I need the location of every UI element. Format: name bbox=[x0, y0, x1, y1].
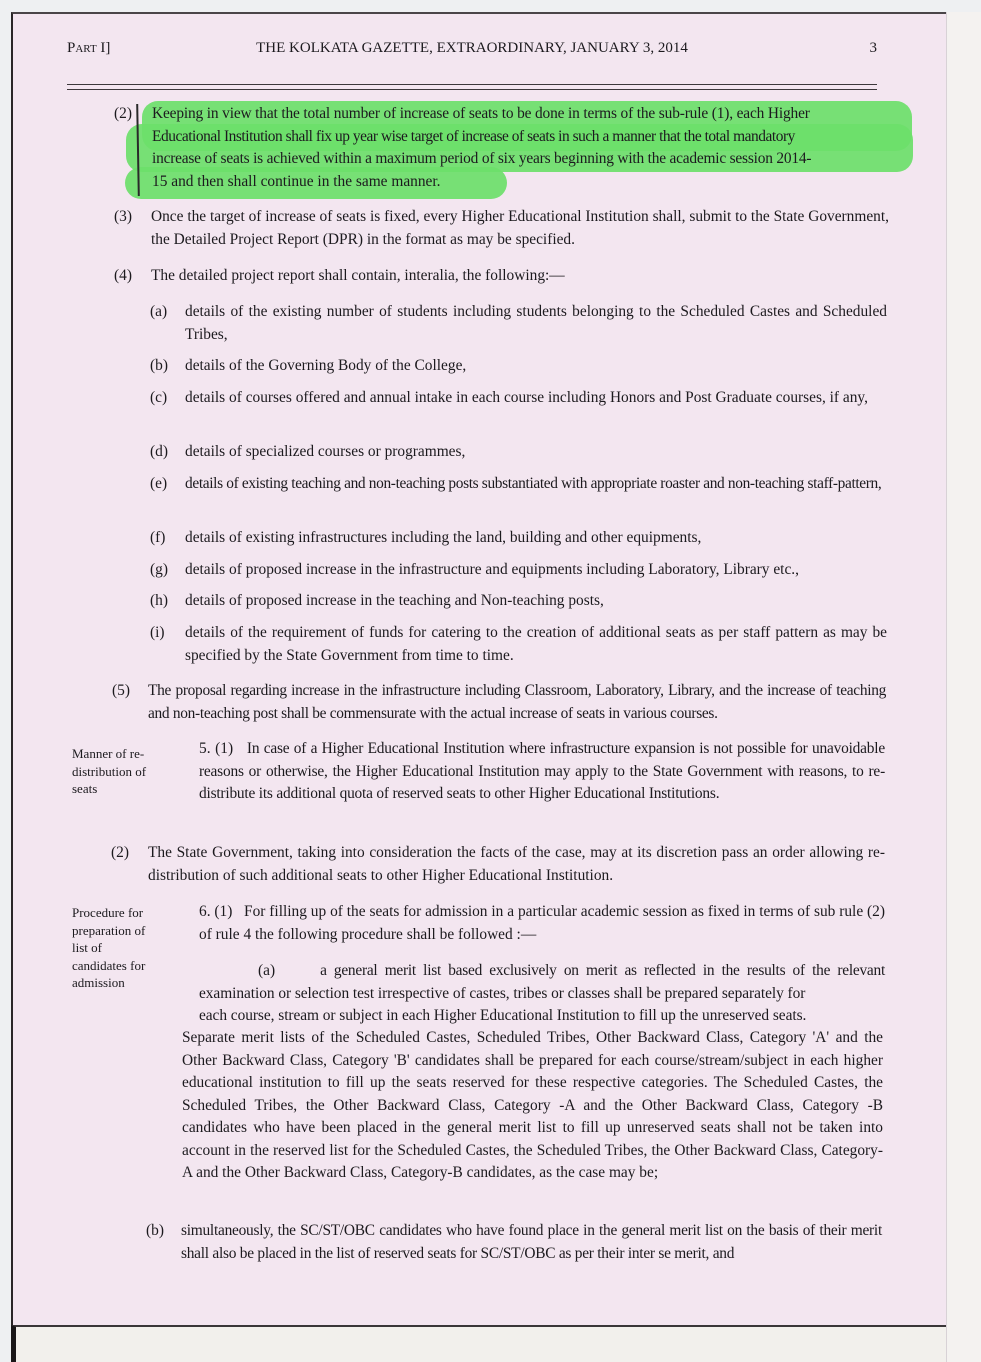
item-text: details of existing teaching and non-tea… bbox=[185, 473, 887, 496]
item-text: details of the existing number of studen… bbox=[185, 301, 887, 346]
item-label: (h) bbox=[150, 590, 168, 613]
rule6-item-a-continued: Separate merit lists of the Scheduled Ca… bbox=[182, 1027, 883, 1185]
rule6-item-b: (b) simultaneously, the SC/ST/OBC candid… bbox=[146, 1220, 882, 1265]
item-label: (e) bbox=[150, 473, 167, 496]
item-label: (b) bbox=[150, 355, 168, 378]
clause-text: Once the target of increase of seats is … bbox=[151, 206, 889, 251]
clause-text: The detailed project report shall contai… bbox=[151, 265, 889, 288]
margin-note-line: Procedure for bbox=[72, 904, 164, 922]
page-number: 3 bbox=[870, 40, 878, 57]
item-label: (c) bbox=[150, 387, 167, 410]
highlighted-line: 15 and then shall continue in the same m… bbox=[152, 171, 889, 194]
gazette-title: THE KOLKATA GAZETTE, EXTRAORDINARY, JANU… bbox=[67, 40, 877, 57]
item-text: details of proposed increase in the teac… bbox=[185, 590, 887, 613]
rule-number: 6. (1) bbox=[199, 903, 232, 920]
rule4-sub3: (3) Once the target of increase of seats… bbox=[114, 206, 889, 251]
item-text: details of proposed increase in the infr… bbox=[185, 559, 887, 582]
rule5-sub2: (2) The State Government, taking into co… bbox=[111, 842, 885, 887]
clause-number: (4) bbox=[114, 265, 132, 288]
list-item: (i)details of the requirement of funds f… bbox=[150, 622, 887, 667]
list-item: (g)details of proposed increase in the i… bbox=[150, 559, 887, 582]
header-rule-bottom bbox=[67, 89, 877, 90]
item-label: (f) bbox=[150, 527, 165, 550]
rule6-item-a: (a) a general merit list based exclusive… bbox=[199, 960, 885, 1028]
rule-number: 5. (1) bbox=[199, 740, 233, 757]
item-label: (b) bbox=[146, 1220, 164, 1243]
clause-text: The State Government, taking into consid… bbox=[148, 842, 885, 887]
rule4-sub4: (4) The detailed project report shall co… bbox=[114, 265, 889, 288]
list-item: (c)details of courses offered and annual… bbox=[150, 387, 887, 410]
margin-note-line: Manner of re- bbox=[72, 745, 164, 763]
margin-note-line: distribution of bbox=[72, 763, 164, 781]
list-item: (h)details of proposed increase in the t… bbox=[150, 590, 887, 613]
rule4-sub5: (5) The proposal regarding increase in t… bbox=[112, 680, 886, 725]
clause-number: (2) bbox=[114, 103, 132, 126]
rule6-sub1: 6. (1) For filling up of the seats for a… bbox=[199, 901, 885, 946]
item-label: (d) bbox=[150, 441, 168, 464]
item-text: details of courses offered and annual in… bbox=[185, 387, 887, 410]
item-text: details of the requirement of funds for … bbox=[185, 622, 887, 667]
clause-number: (5) bbox=[112, 680, 130, 703]
margin-note-line: admission bbox=[72, 974, 164, 992]
rule4-sub2: (2) Keeping in view that the total numbe… bbox=[114, 103, 889, 193]
list-item: (f)details of existing infrastructures i… bbox=[150, 527, 887, 550]
adjacent-page-edge bbox=[946, 12, 981, 1362]
item-text: details of the Governing Body of the Col… bbox=[185, 355, 887, 378]
margin-note-rule6: Procedure for preparation of list of can… bbox=[72, 904, 164, 992]
margin-note-line: list of bbox=[72, 939, 164, 957]
highlighted-line: Educational Institution shall fix up yea… bbox=[152, 126, 889, 149]
item-label: (a) bbox=[150, 301, 167, 324]
clause-number: (2) bbox=[111, 842, 129, 865]
item-text: Separate merit lists of the Scheduled Ca… bbox=[182, 1027, 883, 1185]
margin-note-rule5: Manner of re- distribution of seats bbox=[72, 745, 164, 798]
clause-number: (3) bbox=[114, 206, 132, 229]
highlighted-line: increase of seats is achieved within a m… bbox=[152, 148, 889, 171]
item-text: each course, stream or subject in each H… bbox=[199, 1005, 885, 1028]
item-label: (a) bbox=[258, 962, 275, 979]
header-rule-top bbox=[67, 84, 877, 85]
item-text: details of specialized courses or progra… bbox=[185, 441, 887, 464]
list-item: (d)details of specialized courses or pro… bbox=[150, 441, 887, 464]
clause-text: In case of a Higher Educational Institut… bbox=[199, 740, 885, 802]
item-text: details of existing infrastructures incl… bbox=[185, 527, 887, 550]
list-item: (a)details of the existing number of stu… bbox=[150, 301, 887, 346]
clause-text: For filling up of the seats for admissio… bbox=[199, 903, 885, 943]
list-item: (b)details of the Governing Body of the … bbox=[150, 355, 887, 378]
item-label: (i) bbox=[150, 622, 165, 645]
margin-note-line: preparation of bbox=[72, 922, 164, 940]
running-header: Part I] THE KOLKATA GAZETTE, EXTRAORDINA… bbox=[67, 40, 877, 64]
item-text: a general merit list based exclusively o… bbox=[320, 962, 885, 979]
highlighted-line: Keeping in view that the total number of… bbox=[152, 103, 889, 126]
item-text: simultaneously, the SC/ST/OBC candidates… bbox=[181, 1220, 882, 1265]
item-label: (g) bbox=[150, 559, 168, 582]
item-text: examination or selection test irrespecti… bbox=[199, 983, 885, 1006]
underlying-page bbox=[11, 1325, 946, 1362]
margin-note-line: candidates for bbox=[72, 957, 164, 975]
rule5-sub1: 5. (1) In case of a Higher Educational I… bbox=[199, 738, 885, 806]
clause-text: The proposal regarding increase in the i… bbox=[148, 680, 886, 725]
list-item: (e)details of existing teaching and non-… bbox=[150, 473, 887, 496]
margin-note-line: seats bbox=[72, 780, 164, 798]
